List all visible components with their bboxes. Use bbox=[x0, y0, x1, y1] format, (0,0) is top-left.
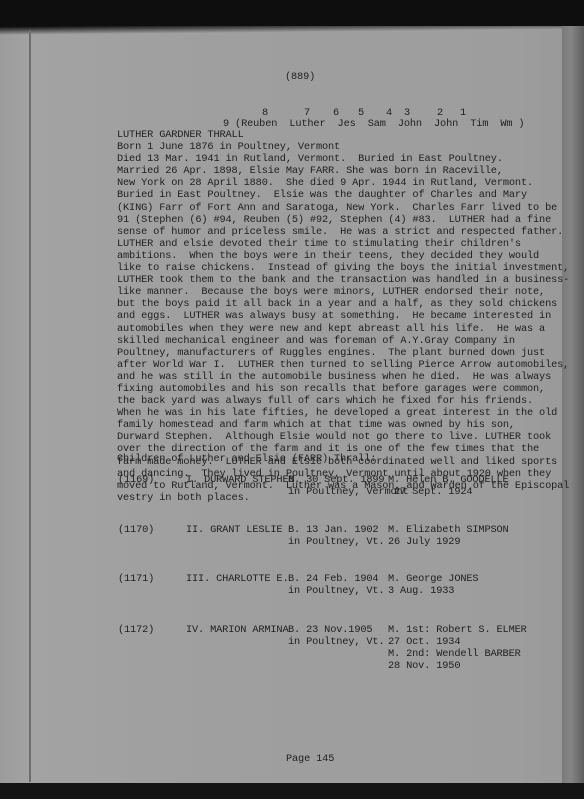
biography-line: Buried in East Poultney. Elsie was the d… bbox=[117, 189, 569, 201]
biography-line: 91 (Stephen (6) #94, Reuben (5) #92, Ste… bbox=[117, 214, 569, 226]
biography-line: sense of humor and priceless smile. He w… bbox=[117, 226, 569, 238]
scanned-page-background: (889) 87654321 9 (Reuben Luther Jes Sam … bbox=[0, 0, 584, 799]
biography-line: When he was in his late fifties, he deve… bbox=[117, 407, 569, 419]
page-footer: Page 145 bbox=[286, 753, 334, 765]
child-marriage: M. Elizabeth SIMPSON 26 July 1929 bbox=[388, 524, 509, 548]
biography-line: automobiles when they were new and kept … bbox=[117, 323, 569, 335]
page-reference: (889) bbox=[285, 71, 315, 83]
biography-line: but the boys paid it all back in a year … bbox=[117, 298, 569, 310]
biography-line: and eggs. LUTHER was always busy at some… bbox=[117, 310, 569, 322]
biography-line: New York on 28 April 1880. She died 9 Ap… bbox=[117, 177, 569, 189]
biography-text: LUTHER GARDNER THRALLBorn 1 June 1876 in… bbox=[117, 129, 569, 504]
child-number: (1172) bbox=[118, 624, 154, 636]
children-heading: Children of Luther and Elsie (FARR) Thra… bbox=[117, 453, 376, 465]
child-number: (1169) bbox=[118, 474, 154, 486]
child-name: IV. MARION ARMINA bbox=[186, 624, 289, 636]
child-name: II. GRANT LESLIE bbox=[186, 524, 282, 536]
biography-line: LUTHER GARDNER THRALL bbox=[117, 129, 569, 141]
child-birth: B. 23 Nov.1905 in Poultney, Vt. bbox=[288, 624, 384, 648]
biography-line: like to raise chickens. Instead of givin… bbox=[117, 262, 569, 274]
biography-line: ambitions. When the boys were in their t… bbox=[117, 250, 569, 262]
biography-line: the back yard was always full of cars wh… bbox=[117, 395, 569, 407]
biography-line: Durward Stephen. Although Elsie would no… bbox=[117, 431, 569, 443]
biography-line: skilled mechanical engineer and was fore… bbox=[117, 335, 569, 347]
child-name: III. CHARLOTTE E. bbox=[186, 573, 289, 585]
child-marriage: M. 1st: Robert S. ELMER 27 Oct. 1934 M. … bbox=[388, 624, 527, 672]
biography-line: family homestead and farm which at that … bbox=[117, 419, 569, 431]
child-name: I. DURWARD STEPHEN bbox=[186, 474, 295, 486]
biography-line: Poultney, manufacturers of Ruggles engin… bbox=[117, 347, 569, 359]
biography-line: fixing automobiles and his son recalls t… bbox=[117, 383, 569, 395]
child-marriage: M. Helen B. GOODELLE 27 Sept. 1924 bbox=[388, 474, 509, 498]
biography-line: LUTHER took them to the bank and the tra… bbox=[117, 274, 569, 286]
biography-line: Died 13 Mar. 1941 in Rutland, Vermont. B… bbox=[117, 153, 569, 165]
biography-line: Married 26 Apr. 1898, Elsie May FARR. Sh… bbox=[117, 165, 569, 177]
biography-line: Born 1 June 1876 in Poultney, Vermont bbox=[117, 141, 569, 153]
biography-line: LUTHER and elsie devoted their time to s… bbox=[117, 238, 569, 250]
bottom-scan-border bbox=[0, 783, 584, 799]
child-number: (1171) bbox=[118, 573, 154, 585]
biography-line: like manner. Because the boys were minor… bbox=[117, 286, 569, 298]
child-number: (1170) bbox=[118, 524, 154, 536]
child-birth: B. 24 Feb. 1904 in Poultney, Vt. bbox=[288, 573, 384, 597]
child-marriage: M. George JONES 3 Aug. 1933 bbox=[388, 573, 478, 597]
biography-line: (KING) Farr of Fort Ann and Saratoga, Ne… bbox=[117, 202, 569, 214]
biography-line: and he was still in the automobile busin… bbox=[117, 371, 569, 383]
biography-line: after World War I. LUTHER then turned to… bbox=[117, 359, 569, 371]
binding-gutter-line bbox=[29, 30, 31, 782]
child-birth: B. 13 Jan. 1902 in Poultney, Vt. bbox=[288, 524, 384, 548]
